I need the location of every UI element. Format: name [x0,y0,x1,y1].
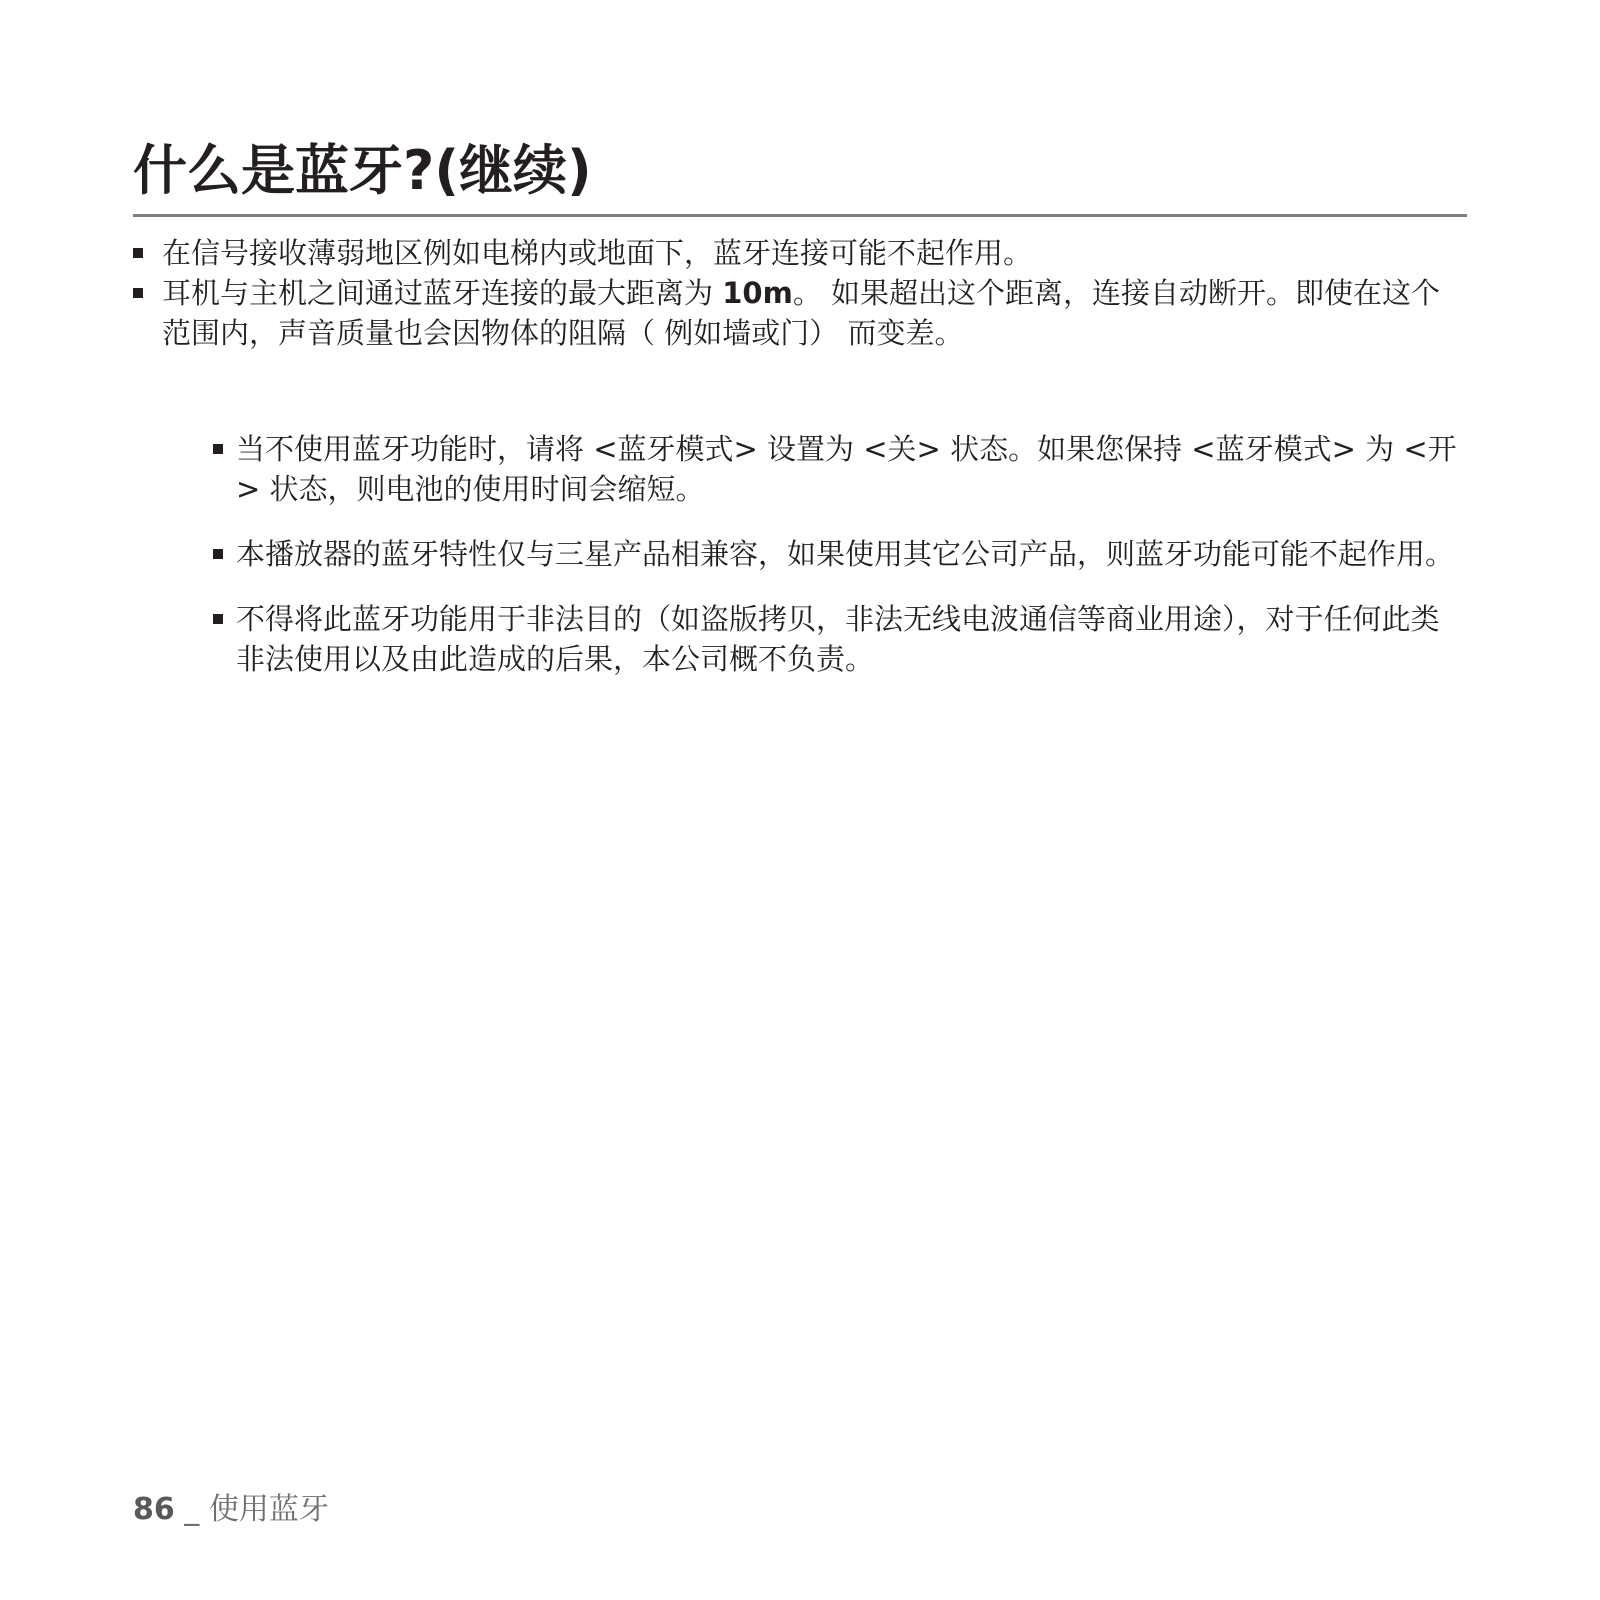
bullet-square-icon [213,444,223,454]
note-text-bold-distance: 10m [722,276,793,310]
note-text: 在信号接收薄弱地区例如电梯内或地面下，蓝牙连接可能不起作用。 [162,233,1467,273]
bullet-square-icon [213,549,223,559]
page-title: 什么是蓝牙?(继续) [133,140,1467,202]
page-content: 什么是蓝牙?(继续) 在信号接收薄弱地区例如电梯内或地面下，蓝牙连接可能不起作用… [133,140,1467,704]
note-text: 本播放器的蓝牙特性仅与三星产品相兼容，如果使用其它公司产品，则蓝牙功能可能不起作… [236,534,1467,574]
note-item: 耳机与主机之间通过蓝牙连接的最大距离为 10m。 如果超出这个距离，连接自动断开… [133,273,1467,353]
bullet-square-icon [133,288,143,298]
note-item: 不得将此蓝牙功能用于非法目的（如盗版拷贝，非法无线电波通信等商业用途），对于任何… [213,599,1467,679]
footer-page-number: 86 [133,1492,175,1527]
footer-separator: _ [184,1492,199,1527]
bullet-square-icon [133,248,143,258]
title-divider [133,214,1467,217]
note-item: 当不使用蓝牙功能时，请将 <蓝牙模式> 设置为 <关> 状态。如果您保持 <蓝牙… [213,429,1467,509]
top-note-list: 在信号接收薄弱地区例如电梯内或地面下，蓝牙连接可能不起作用。 耳机与主机之间通过… [133,233,1467,353]
note-text: 不得将此蓝牙功能用于非法目的（如盗版拷贝，非法无线电波通信等商业用途），对于任何… [236,599,1467,679]
indented-note-list: 当不使用蓝牙功能时，请将 <蓝牙模式> 设置为 <关> 状态。如果您保持 <蓝牙… [133,429,1467,679]
note-text: 当不使用蓝牙功能时，请将 <蓝牙模式> 设置为 <关> 状态。如果您保持 <蓝牙… [236,429,1467,509]
note-text: 耳机与主机之间通过蓝牙连接的最大距离为 10m。 如果超出这个距离，连接自动断开… [162,273,1467,353]
bullet-square-icon [213,614,223,624]
note-text-pre: 耳机与主机之间通过蓝牙连接的最大距离为 [162,276,722,310]
footer-section-label: 使用蓝牙 [209,1492,329,1527]
note-item: 本播放器的蓝牙特性仅与三星产品相兼容，如果使用其它公司产品，则蓝牙功能可能不起作… [213,534,1467,574]
note-item: 在信号接收薄弱地区例如电梯内或地面下，蓝牙连接可能不起作用。 [133,233,1467,273]
page-footer: 86 _ 使用蓝牙 [133,1492,329,1528]
